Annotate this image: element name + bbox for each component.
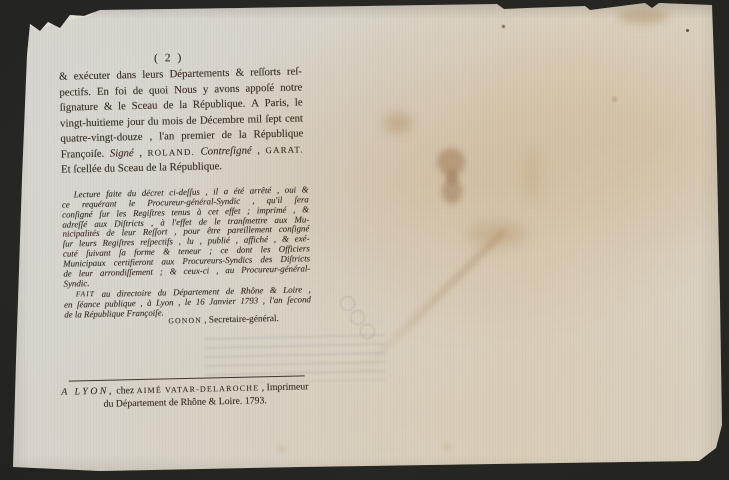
printer-imprint: A LYON, chez Aimé Vatar-Delaroche , Impr… [55, 381, 315, 412]
certification-paragraph: Lecturefaitedudécretci-deſſus,ilaétéarrê… [62, 185, 311, 289]
page-number: ( 2 ) [59, 50, 279, 67]
photo-background: ( 2 ) &exécuterdansleursDépartements&reſ… [0, 0, 729, 480]
document-page: ( 2 ) &exécuterdansleursDépartements&reſ… [0, 0, 729, 480]
imprint-rule [69, 375, 305, 381]
printed-text-layer: ( 2 ) &exécuterdansleursDépartements&reſ… [0, 0, 729, 480]
closing-paragraph: &exécuterdansleursDépartements&reſſortsr… [59, 64, 304, 178]
